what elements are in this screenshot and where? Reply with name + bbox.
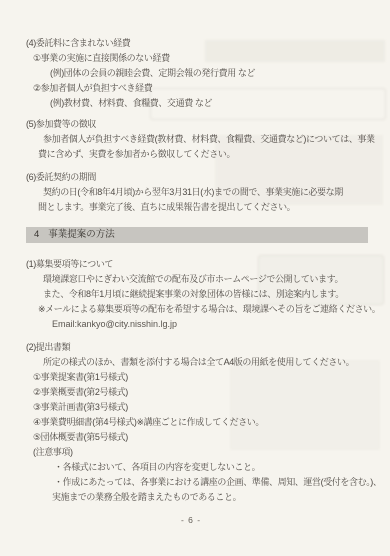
section-number: 4: [34, 229, 39, 240]
form-list-item: ②事業概要書(第2号様式): [33, 385, 388, 400]
subsection-2-heading: (2)提出書類: [26, 340, 388, 355]
clause-6-body: 契約の日(令和8年4月頃)から翌年3月31日(水)までの間で、事業実施に必要な期: [43, 185, 388, 200]
clause-4-item-1: ①事業の実施に直接関係のない経費: [33, 51, 388, 66]
form-list-item: ③事業計画書(第3号様式): [33, 400, 388, 415]
subsection-1-body: 環境課窓口やにぎわい交流館での配布及び市ホームページで公開しています。: [43, 272, 388, 287]
section-title: 事業提案の方法: [48, 229, 115, 240]
contact-email: Email:kankyo@city.nisshin.lg.jp: [52, 317, 388, 332]
document-page: (4)委託料に含まれない経費 ①事業の実施に直接関係のない経費 (例)団体の会員…: [0, 0, 390, 556]
subsection-1-body: また、令和8年1月頃に継続提案事業の対象団体の皆様には、別途案内します。: [43, 287, 388, 302]
clause-5-heading: (5)参加費等の徴収: [26, 117, 388, 132]
clause-6-heading: (6)委託契約の期間: [26, 170, 388, 185]
note-item: ・各様式において、各項目の内容を変更しないこと。: [54, 460, 388, 475]
note-item: 実施までの業務全般を踏まえたものであること。: [52, 490, 388, 505]
clause-4-item-2-example: (例)教材費、材料費、食糧費、交通費 など: [50, 96, 388, 111]
subsection-1-block: (1)募集要項等について 環境課窓口やにぎわい交流館での配布及び市ホームページで…: [26, 257, 388, 332]
clause-4-block: (4)委託料に含まれない経費 ①事業の実施に直接関係のない経費 (例)団体の会員…: [26, 36, 388, 111]
document-content: (4)委託料に含まれない経費 ①事業の実施に直接関係のない経費 (例)団体の会員…: [26, 36, 388, 505]
page-number: - 6 -: [0, 515, 382, 525]
subsection-1-note: ※メールによる募集要項等の配布を希望する場合は、環境課へその旨をご連絡ください。: [38, 302, 388, 317]
clause-5-block: (5)参加費等の徴収 参加者個人が負担すべき経費(教材費、材料費、食糧費、交通費…: [26, 117, 388, 162]
form-list-item: ⑤団体概要書(第5号様式): [33, 430, 388, 445]
form-list-item: ①事業提案書(第1号様式): [33, 370, 388, 385]
clause-4-heading: (4)委託料に含まれない経費: [26, 36, 388, 51]
note-item: ・作成にあたっては、各事業における講座の企画、準備、周知、運営(受付を含む。)、: [54, 475, 388, 490]
form-list-item: ④事業費明細書(第4号様式)※講座ごとに作成してください。: [33, 415, 388, 430]
clause-4-item-2: ②参加者個人が負担すべき経費: [33, 81, 388, 96]
subsection-1-heading: (1)募集要項等について: [26, 257, 388, 272]
subsection-2-block: (2)提出書類 所定の様式のほか、書類を添付する場合は全てA4版の用紙を使用して…: [26, 340, 388, 505]
clause-4-item-1-example: (例)団体の会員の親睦会費、定期会報の発行費用 など: [50, 66, 388, 81]
subsection-2-intro: 所定の様式のほか、書類を添付する場合は全てA4版の用紙を使用してください。: [43, 355, 388, 370]
clause-6-block: (6)委託契約の期間 契約の日(令和8年4月頃)から翌年3月31日(水)までの間…: [26, 170, 388, 215]
notes-heading: (注意事項): [33, 445, 388, 460]
clause-5-body: 参加者個人が負担すべき経費(教材費、材料費、食糧費、交通費など)については、事業: [43, 132, 388, 147]
clause-6-body: 間とします。事業完了後、直ちに成果報告書を提出してください。: [38, 200, 388, 215]
section-4-header-bar: 4事業提案の方法: [26, 227, 368, 243]
clause-5-body: 費に含めず、実費を参加者から徴収してください。: [38, 147, 388, 162]
